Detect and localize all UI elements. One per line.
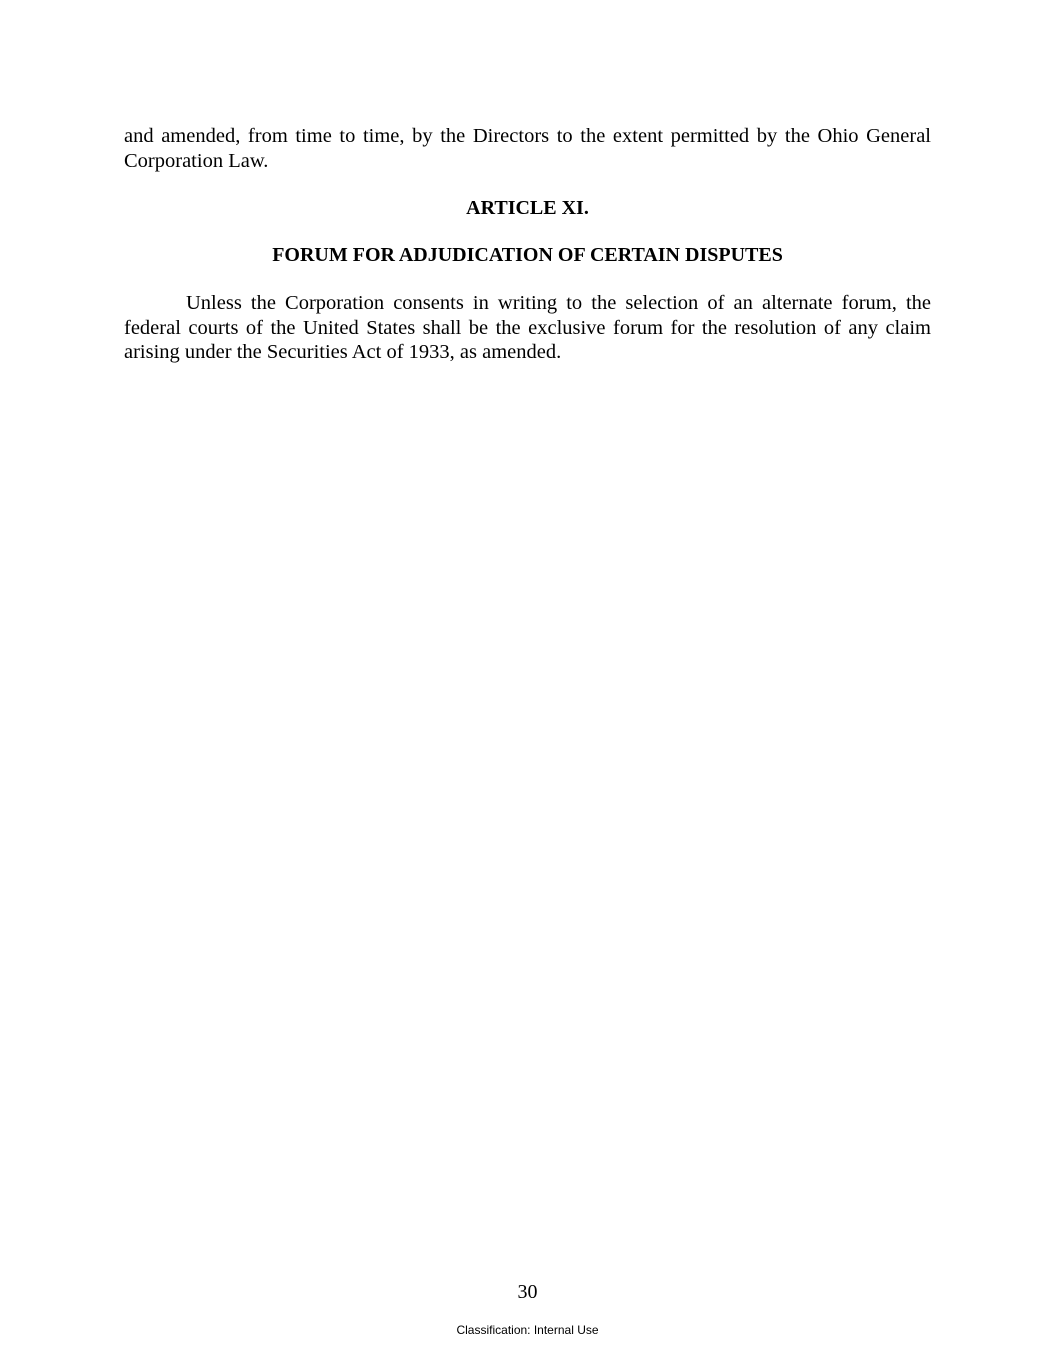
- forum-paragraph: Unless the Corporation consents in writi…: [124, 291, 931, 365]
- page-number: 30: [0, 1280, 1055, 1304]
- continued-paragraph: and amended, from time to time, by the D…: [124, 124, 931, 173]
- classification-label: Classification: Internal Use: [0, 1323, 1055, 1337]
- document-page: and amended, from time to time, by the D…: [0, 0, 1055, 1365]
- article-subtitle: FORUM FOR ADJUDICATION OF CERTAIN DISPUT…: [124, 243, 931, 267]
- article-title: ARTICLE XI.: [124, 196, 931, 220]
